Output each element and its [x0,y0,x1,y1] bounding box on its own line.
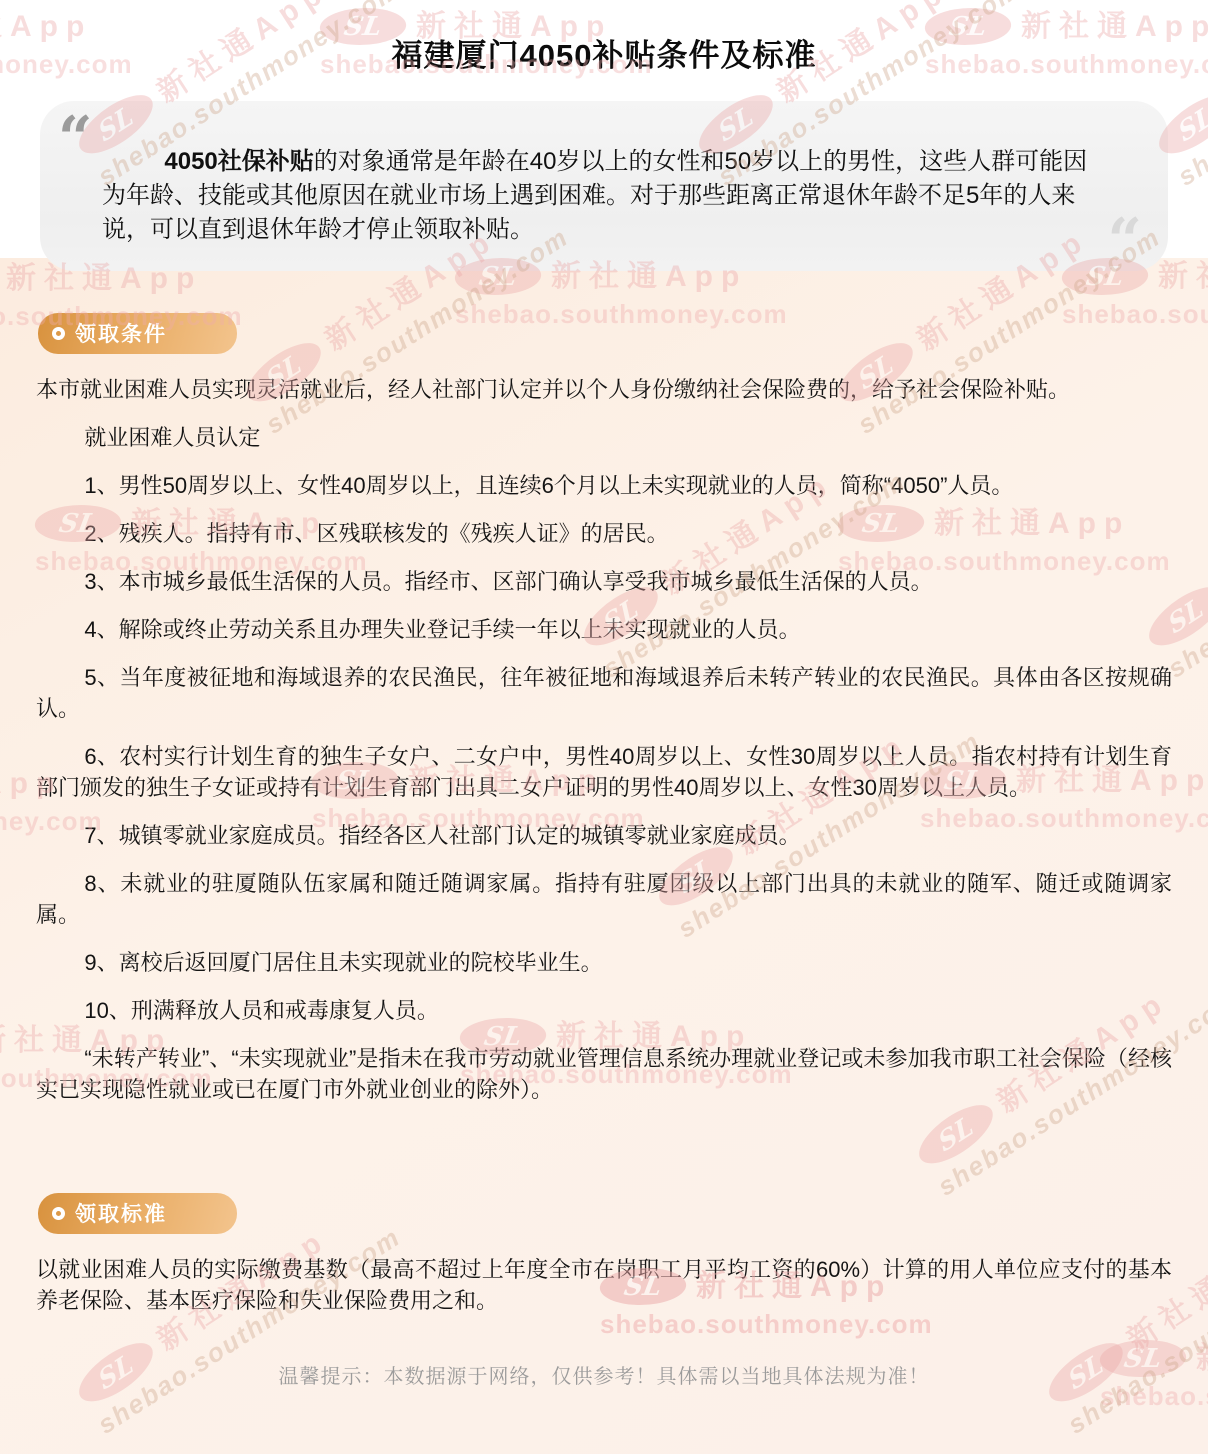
page-title: 福建厦门4050补贴条件及标准 [0,30,1208,75]
open-quote-icon: “ [58,109,93,169]
section-standard: 领取标准 以就业困难人员的实际缴费基数（最高不超过上年度全市在岗职工月平均工资的… [0,1193,1208,1316]
sub-heading: 就业困难人员认定 [36,422,1172,453]
standard-badge: 领取标准 [38,1193,237,1234]
list-item-9: 9、离校后返回厦门居住且未实现就业的院校毕业生。 [36,947,1172,978]
list-item-3: 3、本市城乡最低生活保的人员。指经市、区部门确认享受我市城乡最低生活保的人员。 [36,566,1172,597]
note-paragraph: “未转产转业”、“未实现就业”是指未在我市劳动就业管理信息系统办理就业登记或未参… [36,1043,1172,1105]
section-conditions: 领取条件 本市就业困难人员实现灵活就业后，经人社部门认定并以个人身份缴纳社会保险… [0,271,1208,1105]
close-quote-icon: “ [1107,211,1142,271]
intro-bold-lead: 4050社保补贴 [164,148,313,175]
standard-badge-label: 领取标准 [75,1198,167,1228]
circle-bullet-icon [52,1207,65,1220]
list-item-7: 7、城镇零就业家庭成员。指经各区人社部门认定的城镇零就业家庭成员。 [36,820,1172,851]
conditions-badge: 领取条件 [38,313,237,354]
list-item-10: 10、刑满释放人员和戒毒康复人员。 [36,995,1172,1026]
paragraph: 本市就业困难人员实现灵活就业后，经人社部门认定并以个人身份缴纳社会保险费的，给予… [36,374,1172,405]
footer-disclaimer: 温馨提示：本数据源于网络，仅供参考！具体需以当地具体法规为准！ [0,1360,1208,1389]
list-item-8: 8、未就业的驻厦随队伍家属和随迁随调家属。指持有驻厦团级以上部门出具的未就业的随… [36,868,1172,930]
intro-paragraph: 4050社保补贴的对象通常是年龄在40岁以上的女性和50岁以上的男性，这些人群可… [102,145,1106,247]
intro-quote-box: “ 4050社保补贴的对象通常是年龄在40岁以上的女性和50岁以上的男性，这些人… [40,101,1168,271]
list-item-1: 1、男性50周岁以上、女性40周岁以上，且连续6个月以上未实现就业的人员，简称“… [36,470,1172,501]
list-item-6: 6、农村实行计划生育的独生子女户、二女户中，男性40周岁以上、女性30周岁以上人… [36,741,1172,803]
standard-paragraph: 以就业困难人员的实际缴费基数（最高不超过上年度全市在岗职工月平均工资的60%）计… [36,1254,1172,1316]
conditions-badge-label: 领取条件 [75,318,167,348]
list-item-2: 2、残疾人。指持有市、区残联核发的《残疾人证》的居民。 [36,518,1172,549]
circle-bullet-icon [52,327,65,340]
list-item-4: 4、解除或终止劳动关系且办理失业登记手续一年以上未实现就业的人员。 [36,614,1172,645]
list-item-5: 5、当年度被征地和海域退养的农民渔民，往年被征地和海域退养后未转产转业的农民渔民… [36,662,1172,724]
